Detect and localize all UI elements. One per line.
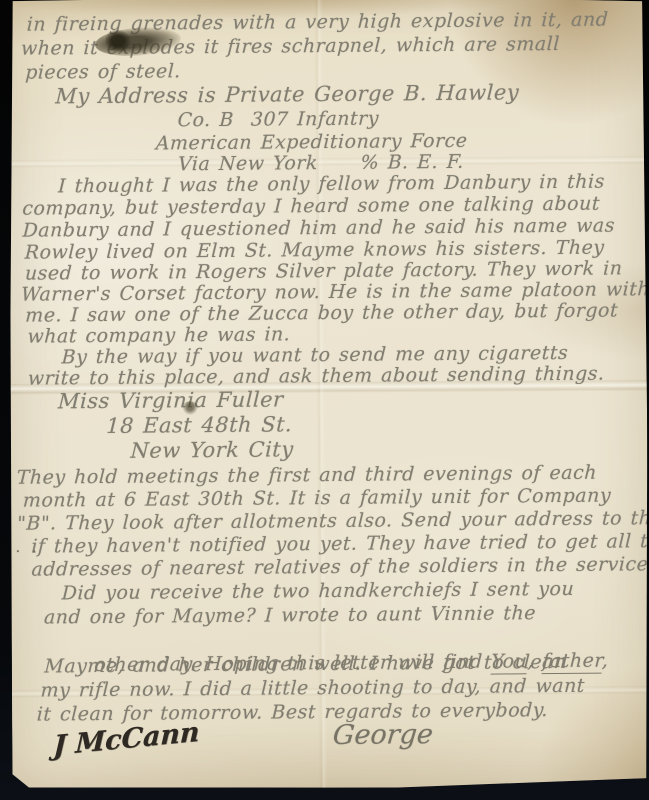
letter-line-address-intro: My Address is Private George B. Hawley bbox=[55, 80, 520, 108]
letter-line-recipient-street: 18 East 48th St. bbox=[106, 412, 293, 438]
letter-line: write to this place, and ask them about … bbox=[27, 362, 605, 391]
scan-background: { "letter": { "lines": [ "in fireing gre… bbox=[0, 0, 649, 800]
underlined-line-post: , bbox=[601, 650, 609, 672]
letter-page: in fireing grenades with a very high exp… bbox=[8, 0, 649, 790]
stray-pencil-dots: · · bbox=[15, 542, 39, 561]
letter-line-underlined: other day. Hoping this letter will find … bbox=[44, 625, 610, 654]
letter-line-unit: Co. B 307 Infantry bbox=[177, 107, 379, 133]
handwriting-layer: in fireing grenades with a very high exp… bbox=[7, 0, 649, 791]
letter-line-recipient-name: Miss Virginia Fuller bbox=[58, 387, 285, 413]
letter-line-recipient-city: New York City bbox=[130, 437, 294, 462]
letter-line: it clean for tomorrow. Best regards to e… bbox=[36, 698, 548, 726]
letter-line: pieces of steel. bbox=[25, 59, 182, 84]
author-signature: George bbox=[332, 719, 435, 751]
letter-line: when it explodes it fires schrapnel, whi… bbox=[20, 32, 560, 61]
